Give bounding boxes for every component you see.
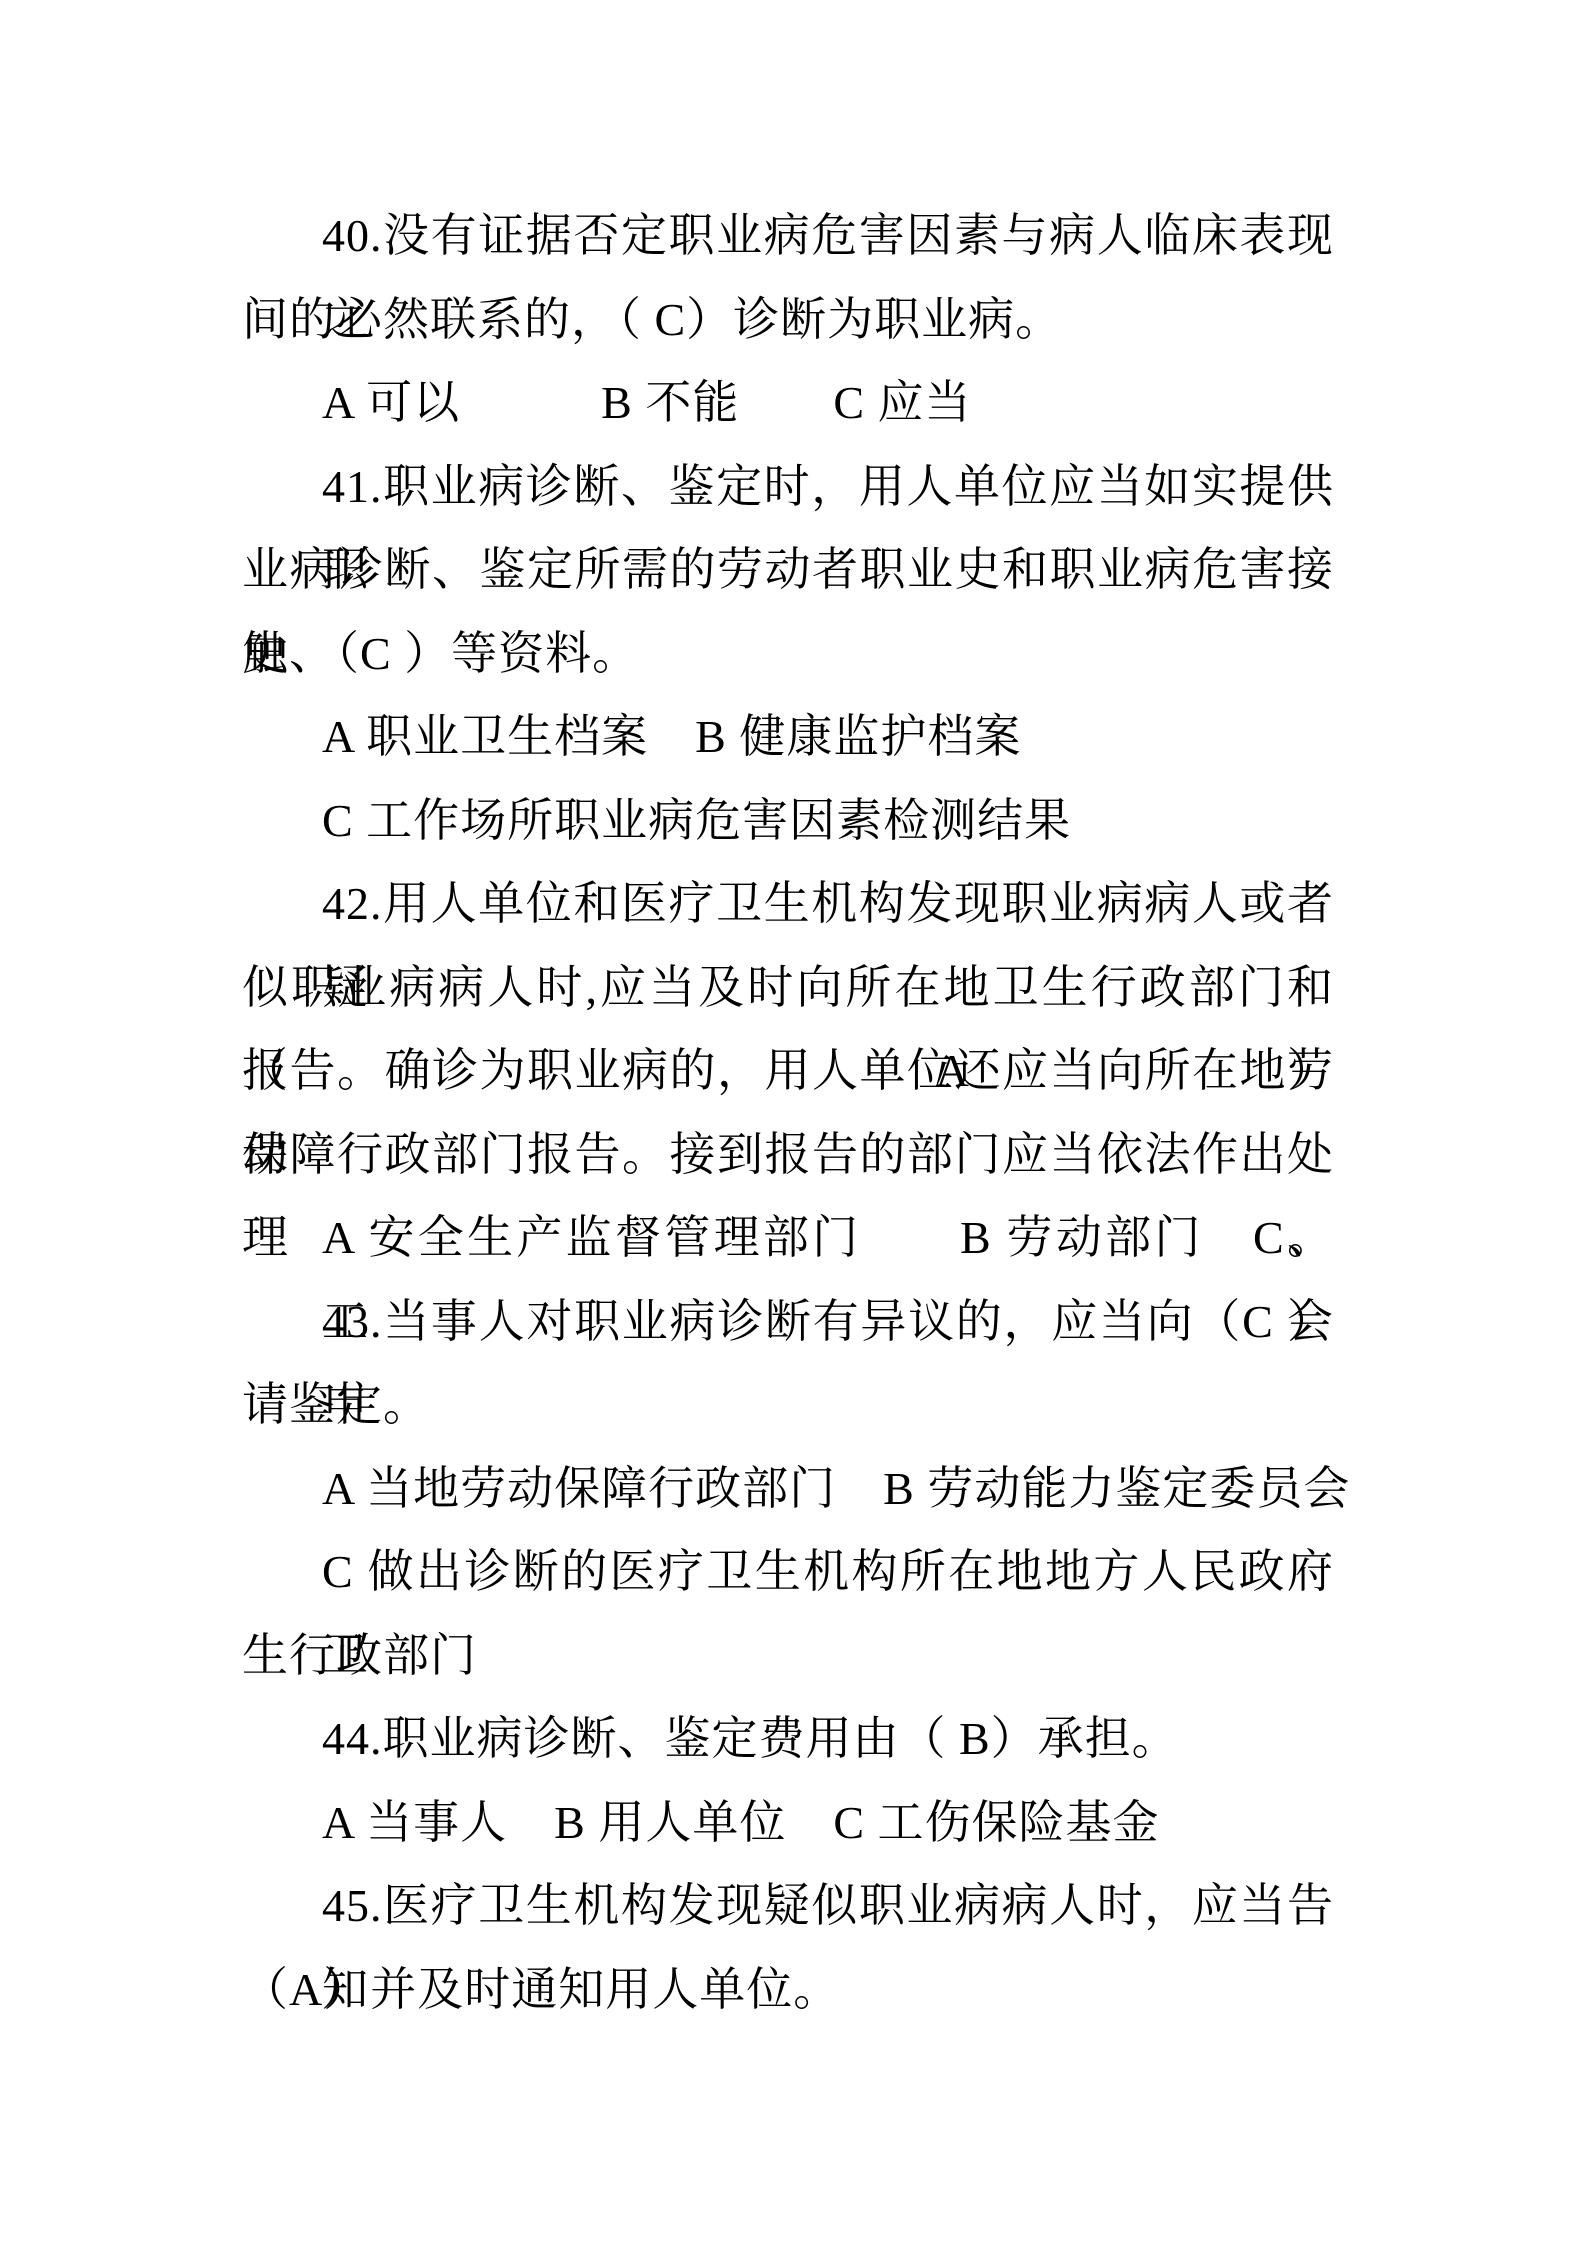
question-line: 业病诊断、鉴定所需的劳动者职业史和职业病危害接触 [242,528,1334,612]
question-44: 44.职业病诊断、鉴定费用由（ B）承担。 A 当事人 B 用人单位 C 工伤保… [242,1697,1334,1864]
options-line: A 当地劳动保障行政部门 B 劳动能力鉴定委员会 [242,1447,1334,1531]
options-line: A 当事人 B 用人单位 C 工伤保险基金 [242,1781,1334,1865]
question-line: 报告。确诊为职业病的，用人单位还应当向所在地劳动 [242,1029,1334,1113]
question-45: 45.医疗卫生机构发现疑似职业病病人时，应当告知 （A）并及时通知用人单位。 [242,1864,1334,2031]
question-line: 请鉴定。 [242,1363,1334,1447]
options-line: C 工作场所职业病危害因素检测结果 [242,779,1334,863]
question-42: 42.用人单位和医疗卫生机构发现职业病病人或者疑 似职业病病人时,应当及时向所在… [242,862,1334,1280]
question-41: 41.职业病诊断、鉴定时，用人单位应当如实提供职 业病诊断、鉴定所需的劳动者职业… [242,445,1334,863]
question-line: 41.职业病诊断、鉴定时，用人单位应当如实提供职 [242,445,1334,529]
question-line: 似职业病病人时,应当及时向所在地卫生行政部门和（ A） [242,946,1334,1030]
options-line: C 做出诊断的医疗卫生机构所在地地方人民政府卫 [242,1530,1334,1614]
question-43: 43.当事人对职业病诊断有异议的，应当向（C ）申 请鉴定。 A 当地劳动保障行… [242,1280,1334,1698]
document-text-block: 40.没有证据否定职业病危害因素与病人临床表现之 间的必然联系的，（ C）诊断为… [242,194,1334,2031]
options-line: 生行政部门 [242,1614,1334,1698]
question-40: 40.没有证据否定职业病危害因素与病人临床表现之 间的必然联系的，（ C）诊断为… [242,194,1334,445]
question-line: 44.职业病诊断、鉴定费用由（ B）承担。 [242,1697,1334,1781]
question-line: 45.医疗卫生机构发现疑似职业病病人时，应当告知 [242,1864,1334,1948]
question-line: 保障行政部门报告。接到报告的部门应当依法作出处理。 [242,1113,1334,1197]
options-line: A 安全生产监督管理部门 B 劳动部门 C、工会 [242,1196,1334,1280]
question-line: （A）并及时通知用人单位。 [242,1948,1334,2032]
options-line: A 可以 B 不能 C 应当 [242,361,1334,445]
options-line: A 职业卫生档案 B 健康监护档案 [242,695,1334,779]
question-line: 史、（C ）等资料。 [242,612,1334,696]
question-line: 43.当事人对职业病诊断有异议的，应当向（C ）申 [242,1280,1334,1364]
question-line: 40.没有证据否定职业病危害因素与病人临床表现之 [242,194,1334,278]
document-page: 40.没有证据否定职业病危害因素与病人临床表现之 间的必然联系的，（ C）诊断为… [0,0,1587,2245]
question-line: 42.用人单位和医疗卫生机构发现职业病病人或者疑 [242,862,1334,946]
question-line: 间的必然联系的，（ C）诊断为职业病。 [242,278,1334,362]
